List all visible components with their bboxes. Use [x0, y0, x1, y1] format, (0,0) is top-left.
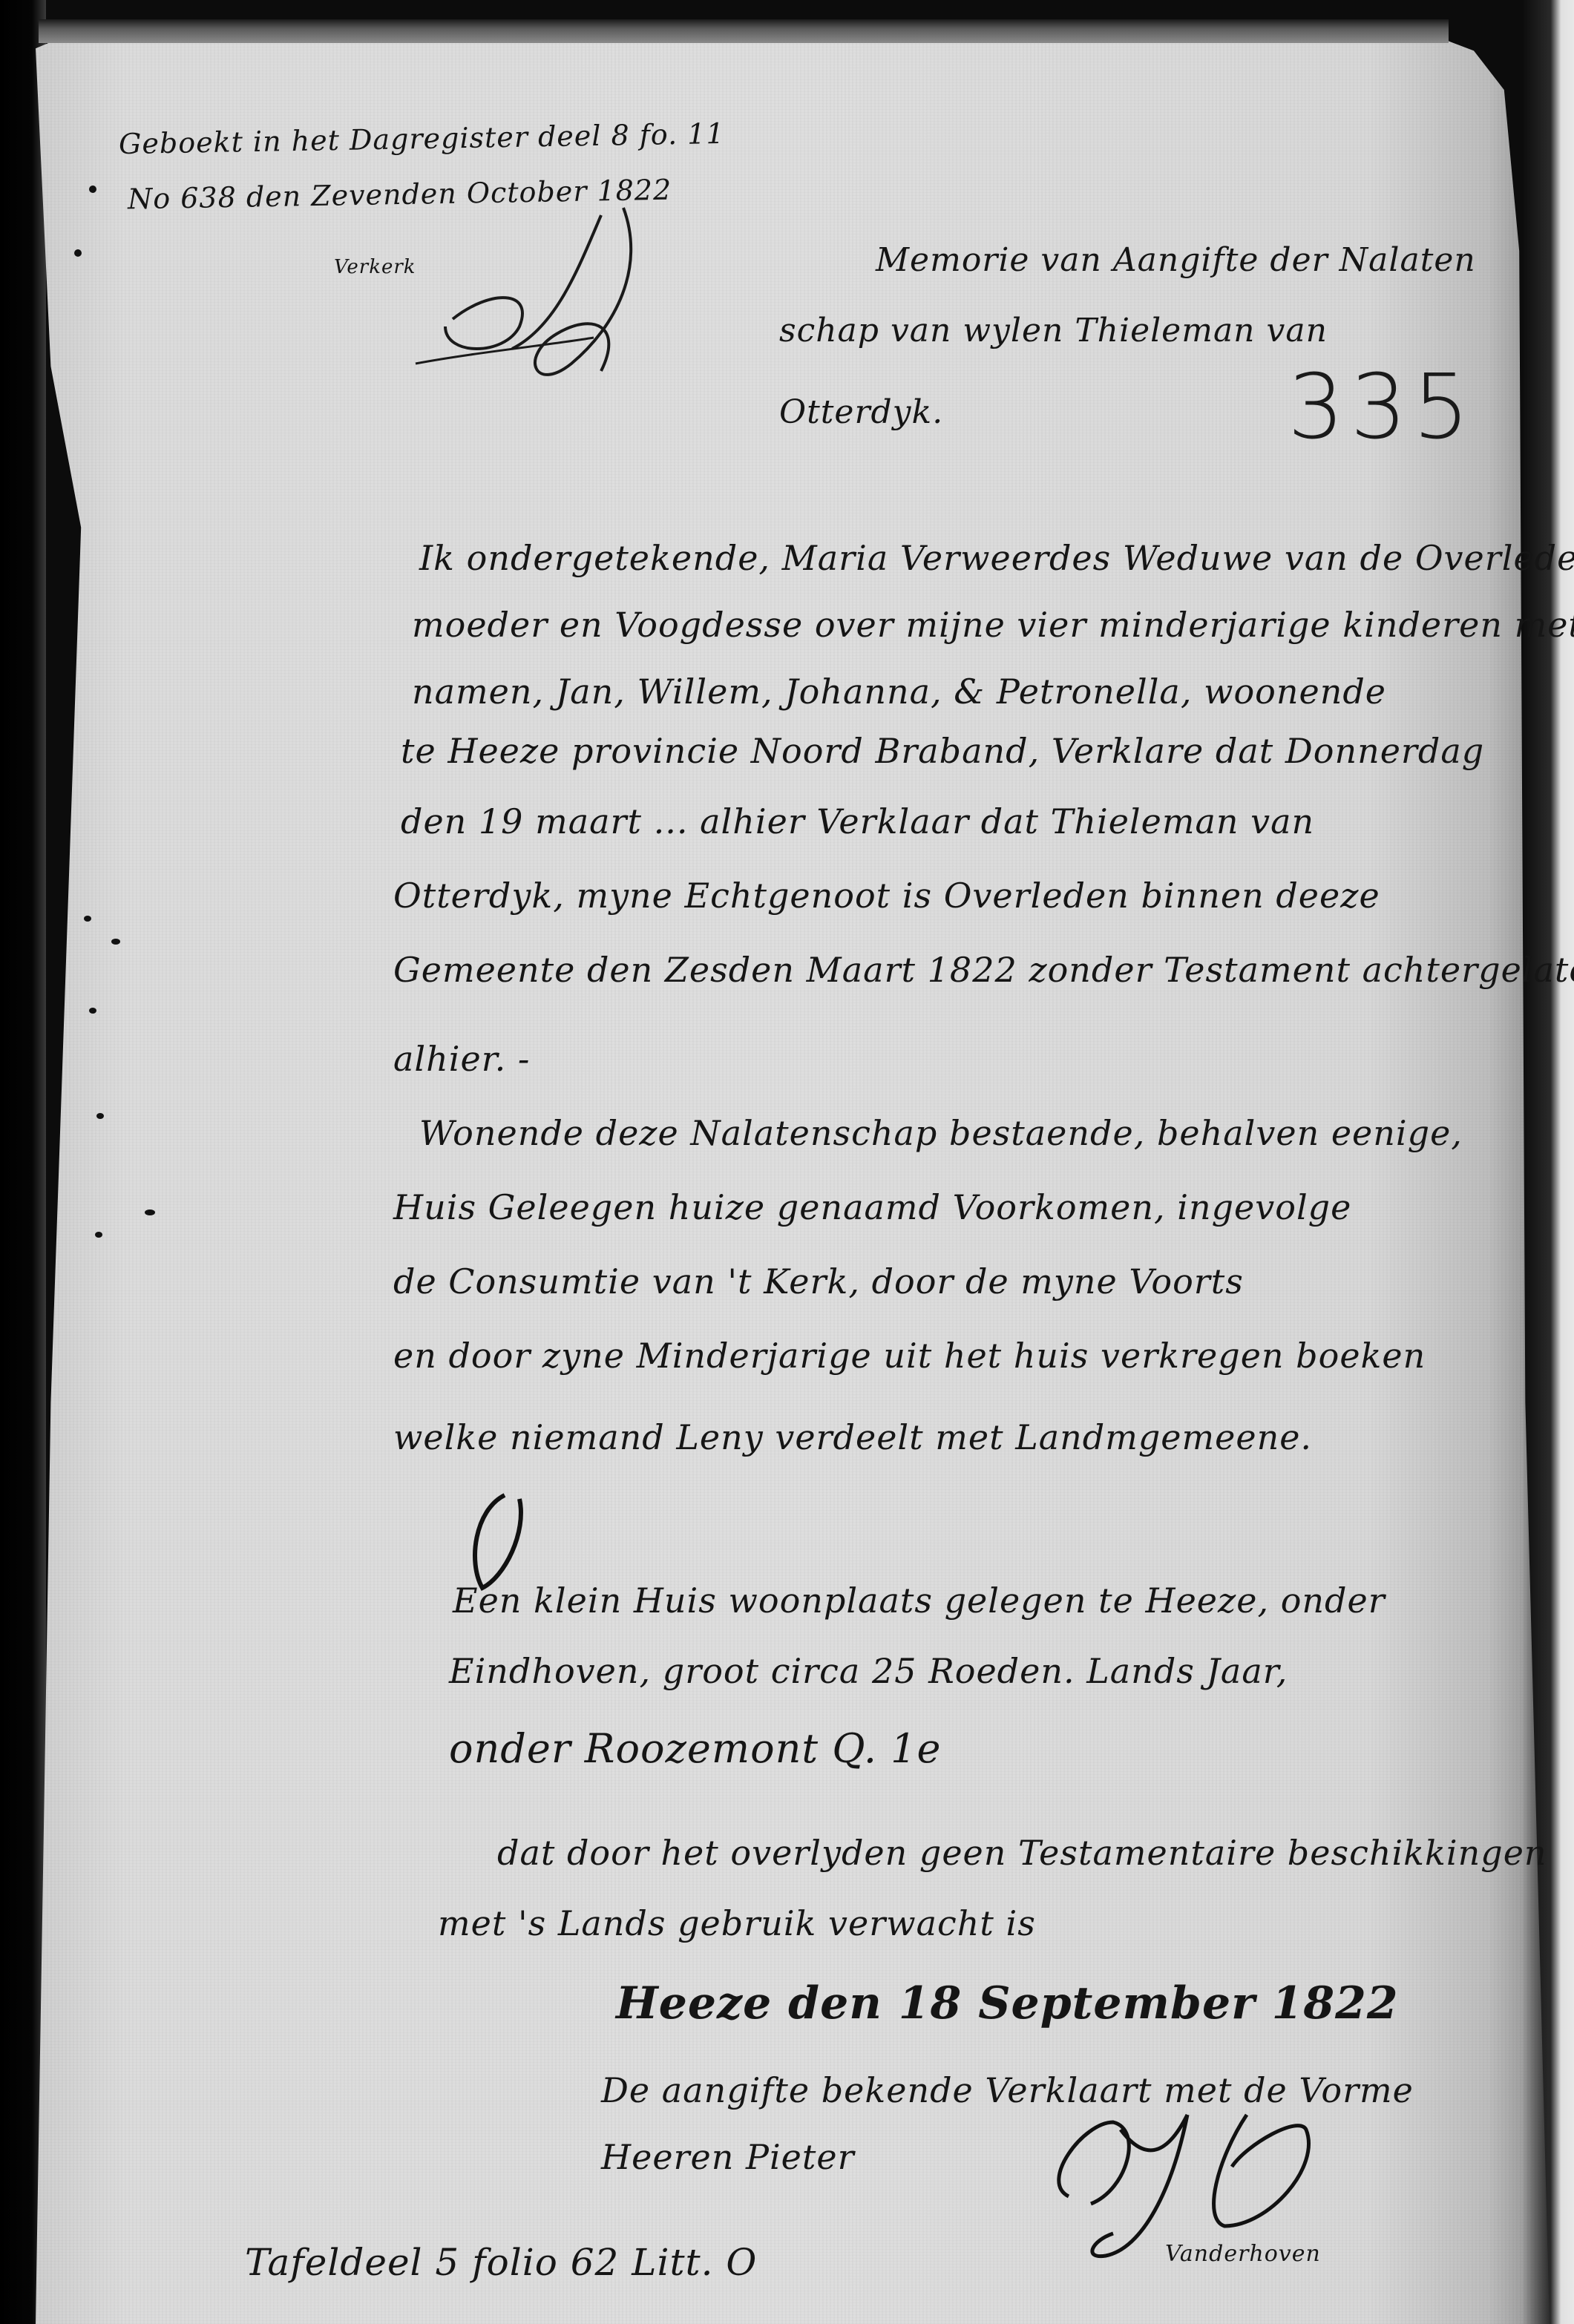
body-line: Gemeente den Zesden Maart 1822 zonder Te…: [393, 950, 1574, 990]
ink-spot: [95, 1232, 102, 1238]
ink-spot: [89, 186, 96, 193]
scan-right-edge: [1522, 0, 1574, 2324]
body-line: onder Roozemont Q. 1e: [449, 1725, 941, 1772]
body-line: den 19 maart ... alhier Verklaar dat Thi…: [401, 801, 1314, 841]
title-line-1: Memorie van Aangifte der Nalaten: [876, 241, 1476, 279]
place-date: Heeze den 18 September 1822: [616, 1977, 1399, 2029]
body-line: moeder en Voogdesse over mijne vier mind…: [412, 605, 1574, 645]
scan-top-edge: [39, 19, 1449, 43]
ink-spot: [96, 1113, 104, 1119]
body-line: en door zyne Minderjarige uit het huis v…: [393, 1336, 1426, 1376]
attestation-line-2: Heeren Pieter: [601, 2137, 855, 2177]
ink-spot: [74, 249, 82, 257]
signature-name: Vanderhoven: [1165, 2241, 1321, 2267]
body-line: te Heeze provincie Noord Braband, Verkla…: [401, 731, 1484, 771]
body-line: alhier. -: [393, 1039, 530, 1079]
body-line: dat door het overlyden geen Testamentair…: [497, 1833, 1547, 1873]
ink-spot: [145, 1209, 155, 1215]
body-line: met 's Lands gebruik verwacht is: [438, 1903, 1036, 1943]
body-line: Eindhoven, groot circa 25 Roeden. Lands …: [449, 1651, 1288, 1691]
body-line: Wonende deze Nalatenschap bestaende, beh…: [419, 1113, 1463, 1153]
title-line-3: Otterdyk.: [779, 393, 943, 431]
body-line: Huis Geleegen huize genaamd Voorkomen, i…: [393, 1187, 1351, 1227]
body-line: welke niemand Leny verdeelt met Landmgem…: [393, 1417, 1312, 1457]
scan-left-border: [0, 0, 46, 2324]
footer-reference: Tafeldeel 5 folio 62 Litt. O: [245, 2241, 757, 2284]
body-line: namen, Jan, Willem, Johanna, & Petronell…: [412, 672, 1386, 712]
ink-spot: [111, 939, 120, 945]
title-line-2: schap van wylen Thieleman van: [779, 312, 1328, 349]
ink-spot: [84, 916, 91, 922]
folio-number: 335: [1288, 356, 1475, 459]
body-line: Een klein Huis woonplaats gelegen te Hee…: [453, 1580, 1386, 1621]
body-line: de Consumtie van 't Kerk, door de myne V…: [393, 1261, 1244, 1301]
body-line: Ik ondergetekende, Maria Verweerdes Wedu…: [419, 538, 1574, 578]
clerk-flourish-icon: [401, 178, 712, 401]
body-line: Otterdyk, myne Echtgenoot is Overleden b…: [393, 876, 1380, 916]
ink-spot: [89, 1008, 96, 1014]
